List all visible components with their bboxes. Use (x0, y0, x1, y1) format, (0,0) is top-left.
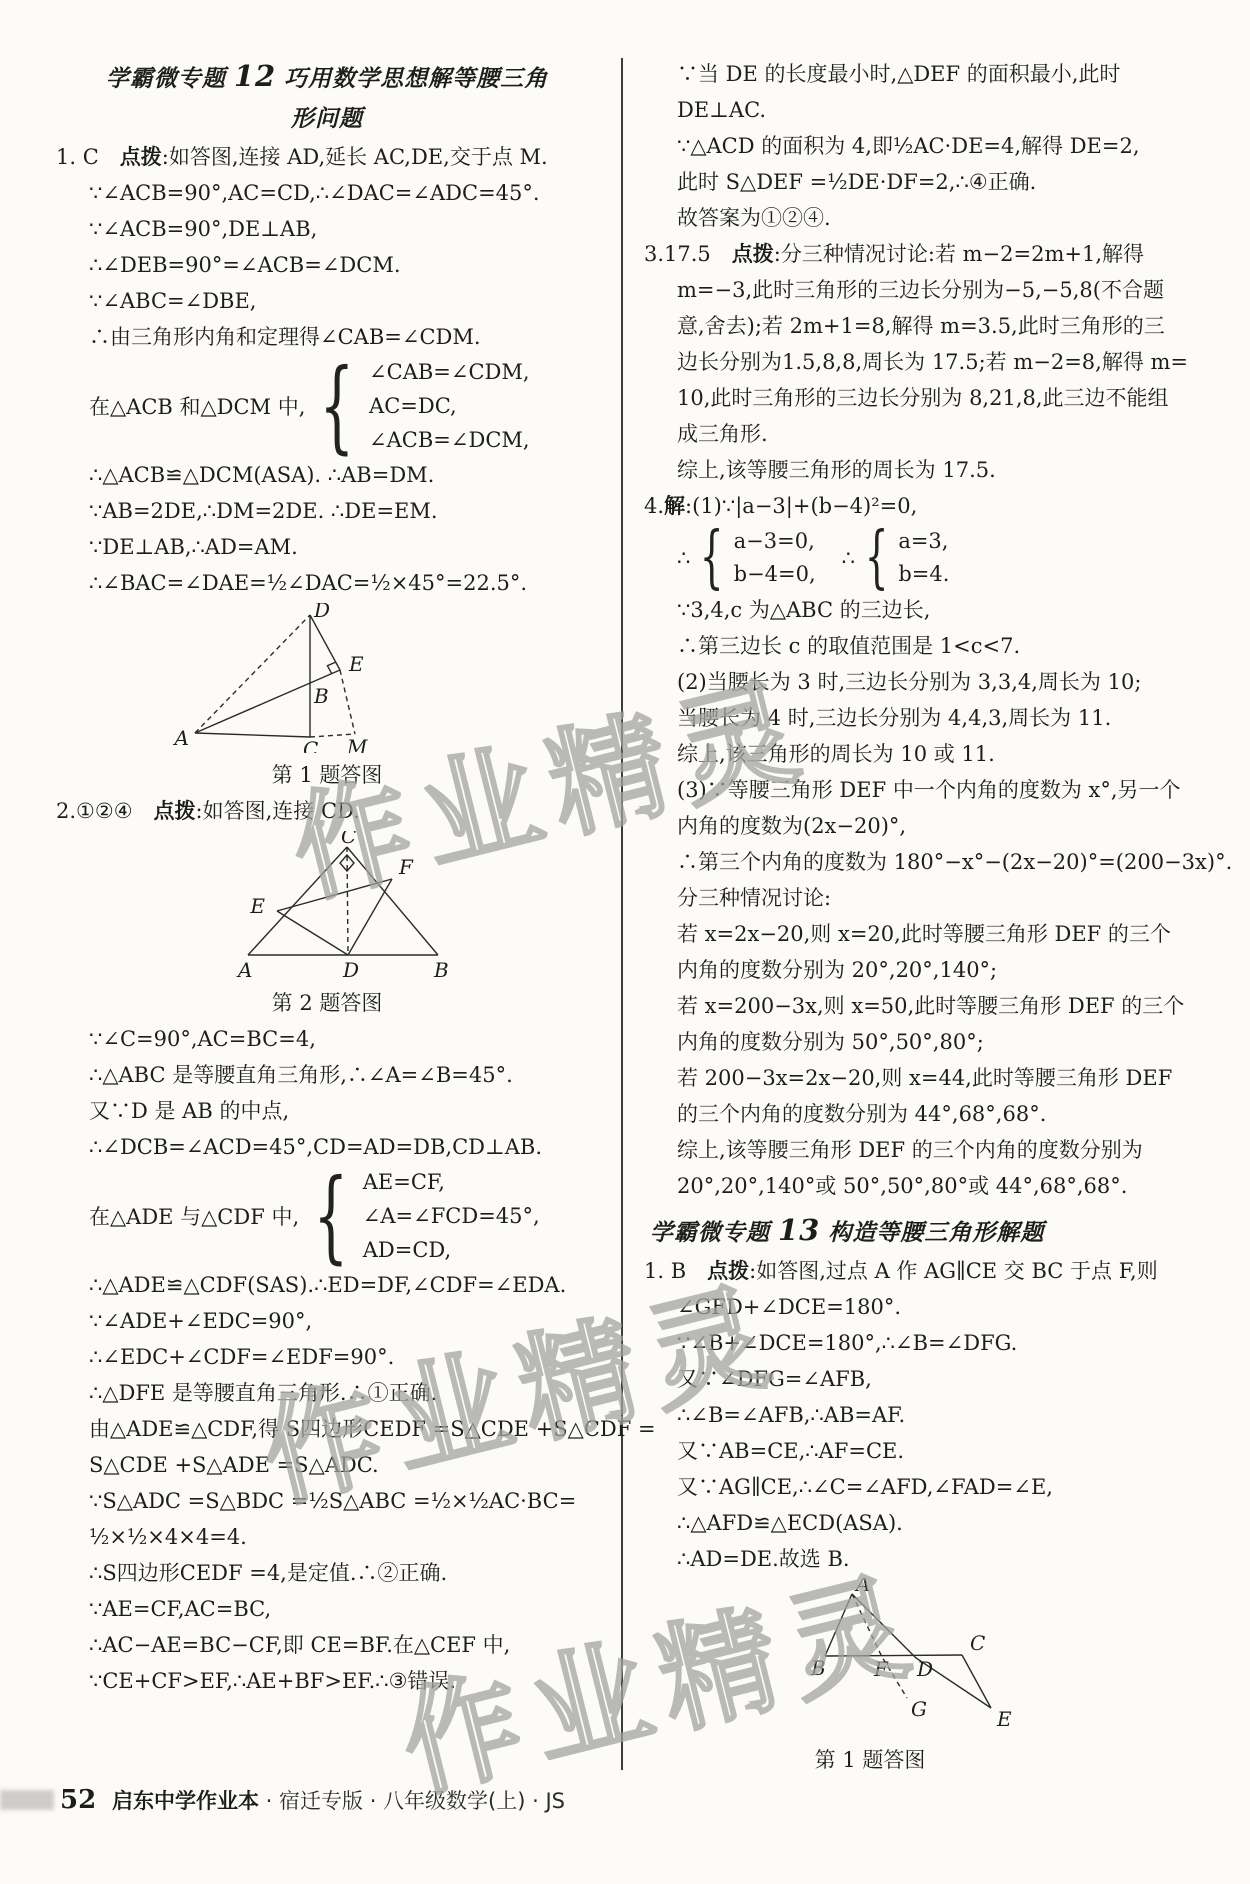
vertex-label: E (348, 652, 364, 676)
answer-line: ∴△AFD≌△ECD(ASA). (644, 1505, 1200, 1541)
answer-line: ∵3,4,c 为△ABC 的三边长, (644, 592, 1200, 628)
column-divider (621, 58, 623, 1770)
equation: ∠CAB=∠CDM, (369, 355, 530, 389)
answer-line: ∵CE+CF>EF,∴AE+BF>EF.∴③错误. (56, 1663, 598, 1699)
equation-system: 在△ADE 与△CDF 中, { AE=CF, ∠A=∠FCD=45°, AD=… (56, 1165, 598, 1267)
vertex-label: B (433, 958, 449, 981)
left-brace-icon: { (700, 524, 724, 592)
left-column: 学霸微专题12巧用数学思想解等腰三角 形问题 1. C 点拨:如答图,连接 AD… (56, 56, 598, 1699)
answer-line: 综上,该等腰三角形 DEF 的三个内角的度数分别为 (644, 1132, 1200, 1168)
answer-line: 1. B 点拨:如答图,过点 A 作 AG∥CE 交 BC 于点 F,则 (644, 1253, 1200, 1289)
book-title: 启东中学作业本 (112, 1789, 259, 1813)
answer-text: :如答图,连接 CD. (196, 799, 360, 823)
answer-line: (3)∵等腰三角形 DEF 中一个内角的度数为 x°,另一个 (644, 772, 1200, 808)
answer-text: :如答图,过点 A 作 AG∥CE 交 BC 于点 F,则 (749, 1259, 1158, 1283)
answer-text: :如答图,连接 AD,延长 AC,DE,交于点 M. (162, 145, 548, 169)
vertex-label: D (342, 958, 359, 981)
answer-text: :分三种情况讨论:若 m−2=2m+1,解得 (774, 242, 1144, 266)
left-brace-icon: { (313, 1166, 348, 1266)
answer-line: (2)当腰长为 3 时,三边长分别为 3,3,4,周长为 10; (644, 664, 1200, 700)
answer-line: 综上,该等腰三角形的周长为 17.5. (644, 452, 1200, 488)
answer-line: ∵△ACD 的面积为 4,即½AC·DE=4,解得 DE=2, (644, 128, 1200, 164)
equation: ∠A=∠FCD=45°, (363, 1199, 540, 1233)
vertex-label: B (313, 684, 329, 708)
left-brace-icon: { (865, 524, 889, 592)
answer-line: ∵当 DE 的长度最小时,△DEF 的面积最小,此时 (644, 56, 1200, 92)
answer-line: 内角的度数为(2x−20)°, (644, 808, 1200, 844)
item-number: 2.①②④ (56, 799, 154, 823)
vertex-label: A (173, 726, 189, 750)
equation: AC=DC, (369, 389, 530, 423)
item-number: 4. (644, 494, 664, 518)
answer-line: ∴AD=DE.故选 B. (644, 1541, 1200, 1577)
system-label: 在△ADE 与△CDF 中, (89, 1201, 299, 1231)
answer-line: ∵∠ACB=90°,DE⊥AB, (56, 211, 598, 247)
left-brace-icon: { (320, 356, 355, 456)
answer-line: 20°,20°,140°或 50°,50°,80°或 44°,68°,68°. (644, 1168, 1200, 1204)
answer-line: ∴∠BAC=∠DAE=½∠DAC=½×45°=22.5°. (56, 565, 598, 601)
figure-3-diagram: A B F D C G E (655, 1578, 1085, 1738)
page-number: 52 (60, 1780, 96, 1820)
answer-line: 若 200−3x=2x−20,则 x=44,此时等腰三角形 DEF (644, 1060, 1200, 1096)
figure-2-diagram: C E F A D B (56, 831, 596, 981)
equation: AD=CD, (363, 1233, 540, 1267)
answer-line: 由△ADE≌△CDF,得 S四边形CEDF =S△CDE +S△CDF = (56, 1411, 598, 1447)
answer-line: 10,此时三角形的三边长分别为 8,21,8,此三边不能组 (644, 380, 1200, 416)
vertex-label: E (249, 894, 265, 918)
section-title-rest: 巧用数学思想解等腰三角 (284, 66, 548, 92)
print-smudge (0, 1790, 54, 1810)
answer-line: ∴第三边长 c 的取值范围是 1<c<7. (644, 628, 1200, 664)
item-number: 3.17.5 (644, 242, 732, 266)
section-number: 13 (770, 1213, 828, 1247)
equation: a−3=0, (734, 525, 816, 558)
figure-3-caption: 第 1 题答图 (655, 1742, 1085, 1778)
answer-line: ∴∠DEB=90°=∠ACB=∠DCM. (56, 247, 598, 283)
hint-label: 点拨 (154, 798, 196, 823)
hint-label: 点拨 (732, 241, 774, 266)
figure-lines (825, 1594, 991, 1708)
system-equations: AE=CF, ∠A=∠FCD=45°, AD=CD, (363, 1165, 540, 1267)
answer-line: ∴∠EDC+∠CDF=∠EDF=90°. (56, 1339, 598, 1375)
answer-line: 分三种情况讨论: (644, 880, 1200, 916)
answer-line: DE⊥AC. (644, 92, 1200, 128)
system-equations: a−3=0, b−4=0, (734, 525, 816, 591)
vertex-label: B (810, 1656, 826, 1680)
answer-line: 又∵∠DFG=∠AFB, (644, 1361, 1200, 1397)
answer-line: ∴△ABC 是等腰直角三角形,∴∠A=∠B=45°. (56, 1057, 598, 1093)
equation: a=3, (898, 525, 949, 558)
hint-label: 点拨 (707, 1258, 749, 1283)
answer-line: ½×½×4×4=4. (56, 1519, 598, 1555)
answer-line: ∴第三个内角的度数为 180°−x°−(2x−20)°=(200−3x)°. (644, 844, 1200, 880)
answer-line: 内角的度数分别为 50°,50°,80°; (644, 1024, 1200, 1060)
section-13-title: 学霸微专题13构造等腰三角形解题 (644, 1210, 1200, 1253)
figure-3: A B F D C G E 第 1 题答图 (655, 1578, 1085, 1778)
section-12-title: 学霸微专题12巧用数学思想解等腰三角 (56, 56, 598, 99)
equation-system: 在△ACB 和△DCM 中, { ∠CAB=∠CDM, AC=DC, ∠ACB=… (56, 355, 598, 457)
vertex-label: C (341, 831, 356, 848)
answer-line: ∠GFD+∠DCE=180°. (644, 1289, 1200, 1325)
system-label: 在△ACB 和△DCM 中, (89, 391, 305, 421)
answer-line: ∵AB=2DE,∴DM=2DE. ∴DE=EM. (56, 493, 598, 529)
figure-2-caption: 第 2 题答图 (56, 985, 598, 1021)
section-title-rest: 构造等腰三角形解题 (828, 1220, 1044, 1246)
answer-line: 当腰长为 4 时,三边长分别为 4,4,3,周长为 11. (644, 700, 1200, 736)
vertex-label: G (911, 1697, 927, 1721)
vertex-label: F (873, 1657, 889, 1681)
answer-line: m=−3,此时三角形的三边长分别为−5,−5,8(不合题 (644, 272, 1200, 308)
vertex-label: D (313, 603, 330, 622)
textbook-answer-page: { "header": { "title_pre": "学霸微专题", "tit… (0, 0, 1250, 1884)
equation: b−4=0, (734, 558, 816, 591)
answer-line: S△CDE +S△ADE =S△ADC. (56, 1447, 598, 1483)
equation: b=4. (898, 558, 949, 591)
figure-2: C E F A D B 第 2 题答图 (56, 831, 598, 1021)
answer-line: 的三个内角的度数分别为 44°,68°,68°. (644, 1096, 1200, 1132)
hint-label: 点拨 (120, 144, 162, 169)
answer-line: ∵DE⊥AB,∴AD=AM. (56, 529, 598, 565)
figure-lines (195, 615, 355, 737)
equation: AE=CF, (363, 1165, 540, 1199)
answer-line: ∵∠ABC=∠DBE, (56, 283, 598, 319)
answer-line: 4.解:(1)∵|a−3|+(b−4)²=0, (644, 488, 1200, 524)
therefore-sign: ∴ (677, 546, 690, 570)
right-column: ∵当 DE 的长度最小时,△DEF 的面积最小,此时 DE⊥AC. ∵△ACD … (644, 56, 1200, 1577)
answer-line: 又∵AB=CE,∴AF=CE. (644, 1433, 1200, 1469)
vertex-label: C (303, 737, 318, 753)
page-footer: 52 启东中学作业本 · 宿迁专版 · 八年级数学(上) · JS (0, 1780, 1250, 1840)
item-number: 1. B (644, 1259, 707, 1283)
answer-line: ∴AC−AE=BC−CF,即 CE=BF.在△CEF 中, (56, 1627, 598, 1663)
answer-line: 边长分别为1.5,8,8,周长为 17.5;若 m−2=8,解得 m= (644, 344, 1200, 380)
answer-line: 3.17.5 点拨:分三种情况讨论:若 m−2=2m+1,解得 (644, 236, 1200, 272)
answer-line: 故答案为①②④. (644, 200, 1200, 236)
answer-line: 综上,该三角形的周长为 10 或 11. (644, 736, 1200, 772)
figure-1-caption: 第 1 题答图 (56, 757, 598, 793)
vertex-label: A (236, 958, 252, 981)
equation-system-pair: ∴ { a−3=0, b−4=0, ∴ { a=3, b=4. (644, 524, 1200, 592)
section-number: 12 (226, 59, 284, 93)
answer-line: 又∵AG∥CE,∴∠C=∠AFD,∠FAD=∠E, (644, 1469, 1200, 1505)
answer-line: 若 x=2x−20,则 x=20,此时等腰三角形 DEF 的三个 (644, 916, 1200, 952)
answer-line: 成三角形. (644, 416, 1200, 452)
section-title-pre: 学霸微专题 (106, 66, 226, 92)
answer-line: ∵S△ADC =S△BDC =½S△ABC =½×½AC·BC= (56, 1483, 598, 1519)
answer-line: 1. C 点拨:如答图,连接 AD,延长 AC,DE,交于点 M. (56, 139, 598, 175)
answer-line: 此时 S△DEF =½DE·DF=2,∴④正确. (644, 164, 1200, 200)
vertex-label: E (996, 1707, 1012, 1731)
figure-1: D E B A C M 第 1 题答图 (56, 603, 598, 793)
answer-line: ∵∠B+∠DCE=180°,∴∠B=∠DFG. (644, 1325, 1200, 1361)
answer-line: 2.①②④ 点拨:如答图,连接 CD. (56, 793, 598, 829)
answer-line: 内角的度数分别为 20°,20°,140°; (644, 952, 1200, 988)
answer-line: 意,舍去);若 2m+1=8,解得 m=3.5,此时三角形的三 (644, 308, 1200, 344)
vertex-label: F (398, 855, 414, 879)
answer-line: 若 x=200−3x,则 x=50,此时等腰三角形 DEF 的三个 (644, 988, 1200, 1024)
solution-label: 解 (664, 493, 685, 518)
answer-line: ∵AE=CF,AC=BC, (56, 1591, 598, 1627)
section-title-pre: 学霸微专题 (650, 1220, 770, 1246)
answer-line: ∵∠ACB=90°,AC=CD,∴∠DAC=∠ADC=45°. (56, 175, 598, 211)
system-equations: ∠CAB=∠CDM, AC=DC, ∠ACB=∠DCM, (369, 355, 530, 457)
answer-line: 又∵D 是 AB 的中点, (56, 1093, 598, 1129)
answer-line: ∵∠ADE+∠EDC=90°, (56, 1303, 598, 1339)
therefore-sign: ∴ (842, 546, 855, 570)
answer-line: ∵∠C=90°,AC=BC=4, (56, 1021, 598, 1057)
item-number: 1. C (56, 145, 120, 169)
equation: ∠ACB=∠DCM, (369, 423, 530, 457)
answer-line: ∴△DFE 是等腰直角三角形.∴①正确. (56, 1375, 598, 1411)
footer-text: 启东中学作业本 · 宿迁专版 · 八年级数学(上) · JS (112, 1784, 565, 1818)
vertex-label: C (970, 1631, 985, 1655)
edition-text: · 宿迁专版 · 八年级数学(上) · JS (259, 1789, 565, 1813)
answer-text: :(1)∵|a−3|+(b−4)²=0, (685, 494, 917, 518)
figure-1-diagram: D E B A C M (56, 603, 596, 753)
vertex-label: M (346, 735, 368, 753)
vertex-label: A (854, 1578, 870, 1596)
answer-line: ∴S四边形CEDF =4,是定值.∴②正确. (56, 1555, 598, 1591)
answer-line: ∴∠B=∠AFB,∴AB=AF. (644, 1397, 1200, 1433)
section-12-title-line2: 形问题 (56, 99, 598, 139)
vertex-label: D (916, 1657, 933, 1681)
system-equations: a=3, b=4. (898, 525, 949, 591)
